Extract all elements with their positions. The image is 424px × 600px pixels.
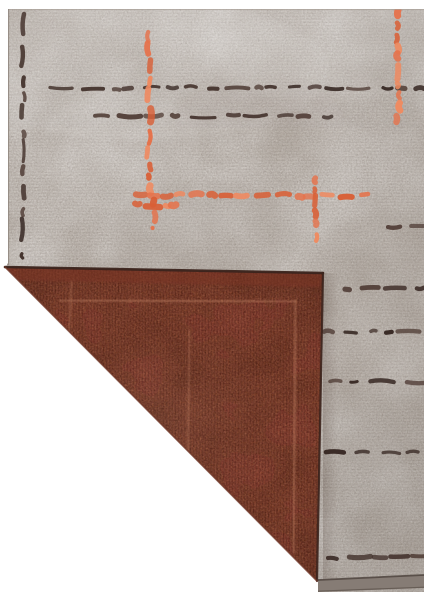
- rug-photo-canvas: [0, 0, 424, 600]
- pattern-line-orange-v-right: [396, 10, 400, 122]
- product-photo: [0, 0, 424, 600]
- fold-cast-shadow: [323, 273, 338, 580]
